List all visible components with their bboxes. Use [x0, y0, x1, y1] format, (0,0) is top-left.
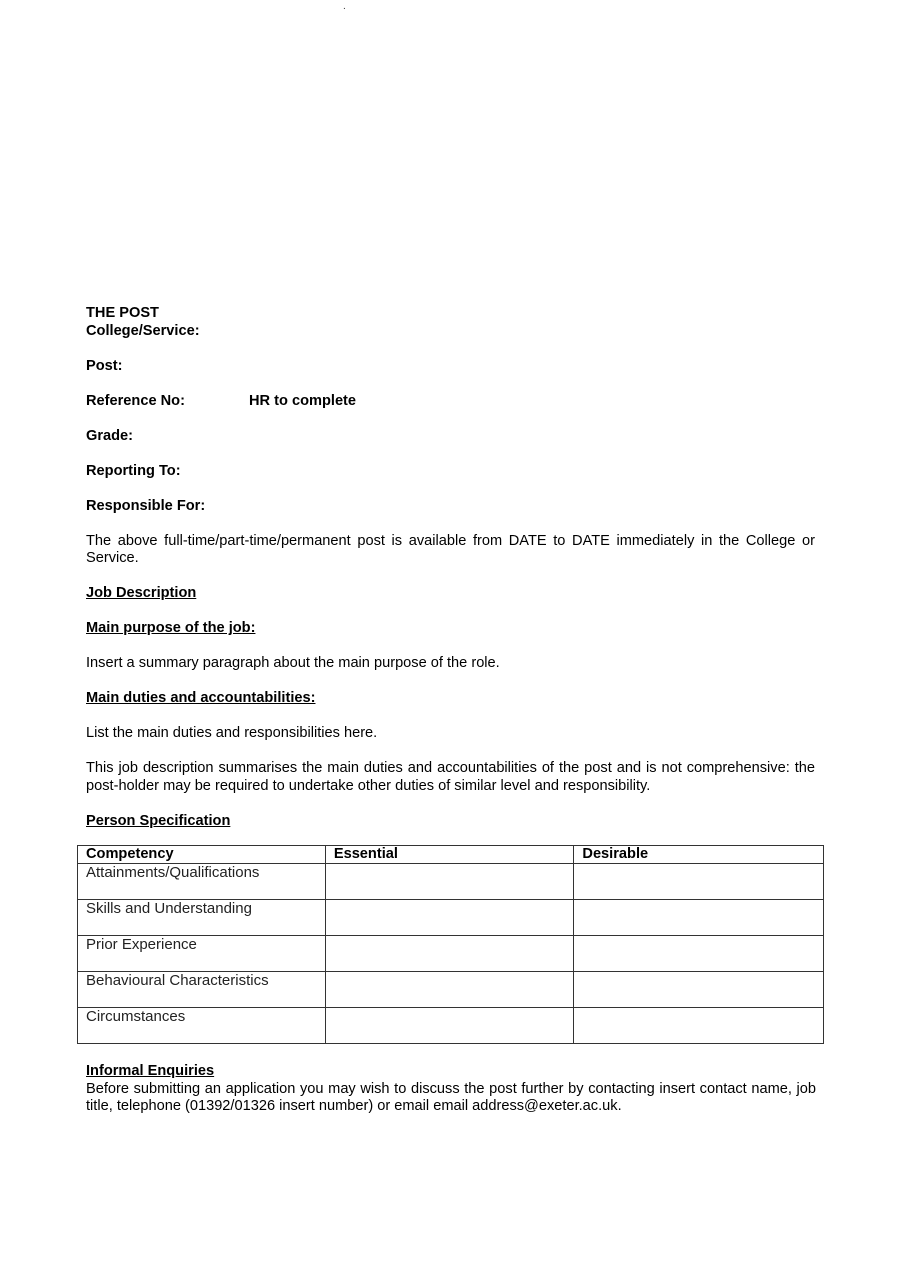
field-label: Post:	[86, 358, 249, 376]
table-row: Circumstances	[78, 1008, 824, 1044]
desirable-cell	[574, 972, 824, 1008]
informal-enquiries-text: Before submitting an application you may…	[86, 1081, 816, 1116]
essential-cell	[325, 864, 574, 900]
competency-cell: Circumstances	[78, 1008, 326, 1044]
table-row: Attainments/Qualifications	[78, 864, 824, 900]
desirable-cell	[574, 1008, 824, 1044]
column-header-essential: Essential	[325, 846, 574, 864]
essential-cell	[325, 936, 574, 972]
desirable-cell	[574, 936, 824, 972]
competency-cell: Attainments/Qualifications	[78, 864, 326, 900]
header-mark: .	[343, 2, 346, 12]
main-purpose-text: Insert a summary paragraph about the mai…	[86, 655, 815, 673]
availability-text: The above full-time/part-time/permanent …	[86, 533, 815, 568]
informal-enquiries-heading: Informal Enquiries	[86, 1063, 816, 1081]
competency-cell: Prior Experience	[78, 936, 326, 972]
main-duties-text: List the main duties and responsibilitie…	[86, 725, 815, 743]
disclaimer-text: This job description summarises the main…	[86, 760, 815, 795]
main-purpose-heading: Main purpose of the job:	[86, 620, 815, 638]
field-label: Responsible For:	[86, 498, 249, 516]
essential-cell	[325, 1008, 574, 1044]
field-responsible-for: Responsible For:	[86, 498, 815, 516]
main-duties-heading: Main duties and accountabilities:	[86, 690, 815, 708]
essential-cell	[325, 972, 574, 1008]
table-row: Skills and Understanding	[78, 900, 824, 936]
post-heading: THE POST	[86, 305, 815, 323]
field-grade: Grade:	[86, 428, 815, 446]
desirable-cell	[574, 900, 824, 936]
desirable-cell	[574, 864, 824, 900]
field-label: Grade:	[86, 428, 249, 446]
column-header-competency: Competency	[78, 846, 326, 864]
table-header-row: Competency Essential Desirable	[78, 846, 824, 864]
field-label: College/Service:	[86, 323, 249, 341]
informal-enquiries-section: Informal Enquiries Before submitting an …	[86, 1063, 816, 1116]
document-body: THE POST College/Service: Post: Referenc…	[86, 305, 815, 830]
table-row: Behavioural Characteristics	[78, 972, 824, 1008]
competency-cell: Skills and Understanding	[78, 900, 326, 936]
field-reporting-to: Reporting To:	[86, 463, 815, 481]
field-college-service: College/Service:	[86, 323, 815, 341]
field-post: Post:	[86, 358, 815, 376]
column-header-desirable: Desirable	[574, 846, 824, 864]
table-row: Prior Experience	[78, 936, 824, 972]
competency-cell: Behavioural Characteristics	[78, 972, 326, 1008]
field-label: Reporting To:	[86, 463, 249, 481]
person-specification-table: Competency Essential Desirable Attainmen…	[77, 845, 824, 1044]
field-label: Reference No:	[86, 393, 249, 411]
field-reference-no: Reference No: HR to complete	[86, 393, 815, 411]
job-description-heading: Job Description	[86, 585, 815, 603]
person-specification-heading: Person Specification	[86, 813, 815, 831]
essential-cell	[325, 900, 574, 936]
field-value: HR to complete	[249, 393, 356, 411]
